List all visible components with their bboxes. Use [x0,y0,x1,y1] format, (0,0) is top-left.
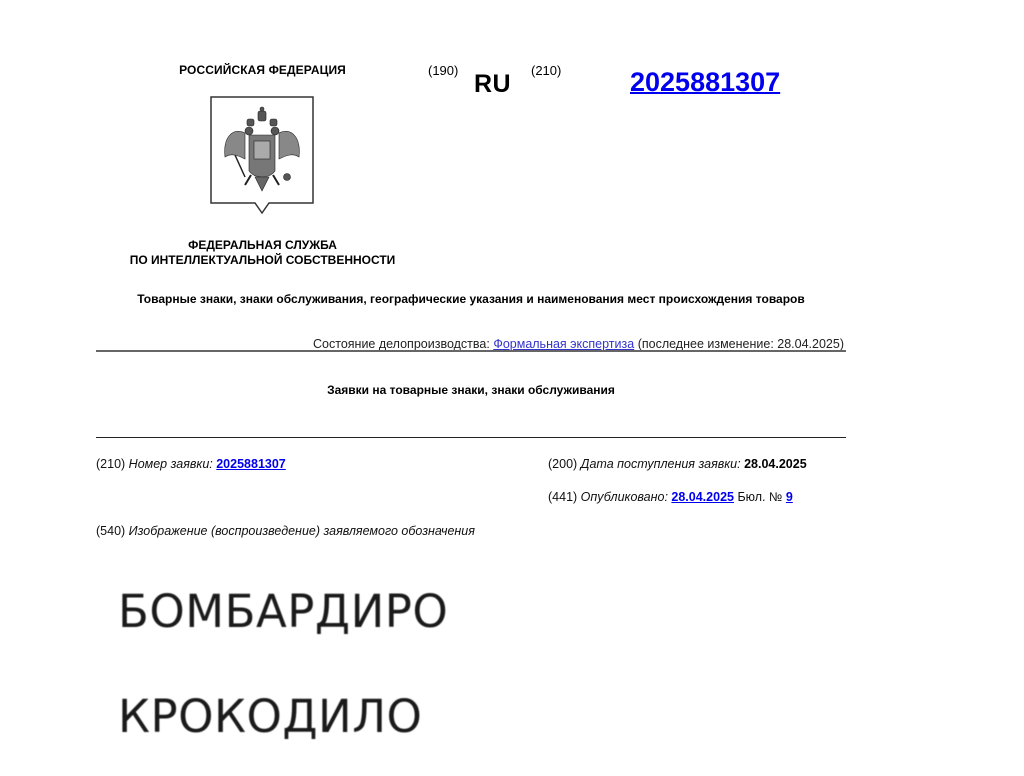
field-code: (200) [548,457,577,471]
filing-date-field: (200) Дата поступления заявки: 28.04.202… [548,457,807,471]
code-210: (210) [531,63,561,78]
application-number-field: (210) Номер заявки: 2025881307 [96,457,286,471]
published-date-link[interactable]: 28.04.2025 [671,490,734,504]
divider [96,437,846,438]
filing-date-value: 28.04.2025 [744,457,807,471]
document-number-link[interactable]: 2025881307 [630,67,780,98]
field-label: Опубликовано: [581,490,668,504]
country-name: РОССИЙСКАЯ ФЕДЕРАЦИЯ [150,63,375,77]
field-code: (441) [548,490,577,504]
application-number-link[interactable]: 2025881307 [216,457,286,471]
trademark-text-line-2: КРОКОДИЛО [118,690,422,743]
proceedings-status: Состояние делопроизводства: Формальная э… [96,337,844,351]
bulletin-number-link[interactable]: 9 [786,490,793,504]
published-field: (441) Опубликовано: 28.04.2025 Бюл. № 9 [548,490,793,504]
field-label: Изображение (воспроизведение) заявляемог… [129,524,475,538]
document-category: Товарные знаки, знаки обслуживания, геог… [96,292,846,307]
bulletin-label: Бюл. № [737,490,782,504]
section-title: Заявки на товарные знаки, знаки обслужив… [96,383,846,397]
field-label: Номер заявки: [129,457,213,471]
country-code: RU [474,70,511,99]
agency-line-1: ФЕДЕРАЛЬНАЯ СЛУЖБА [90,238,435,253]
divider [96,350,846,352]
status-label: Состояние делопроизводства: [313,337,490,351]
trademark-text-line-1: БОМБАРДИРО [118,585,448,638]
field-code: (210) [96,457,125,471]
field-label: Дата поступления заявки: [581,457,741,471]
code-190: (190) [428,63,458,78]
agency-name: ФЕДЕРАЛЬНАЯ СЛУЖБА ПО ИНТЕЛЛЕКТУАЛЬНОЙ С… [90,238,435,268]
trademark-image-field: (540) Изображение (воспроизведение) заяв… [96,524,475,538]
agency-line-2: ПО ИНТЕЛЛЕКТУАЛЬНОЙ СОБСТВЕННОСТИ [90,253,435,268]
coat-of-arms-icon [209,95,315,221]
field-code: (540) [96,524,125,538]
status-last-change: (последнее изменение: 28.04.2025) [638,337,844,351]
status-value-link[interactable]: Формальная экспертиза [493,337,634,351]
